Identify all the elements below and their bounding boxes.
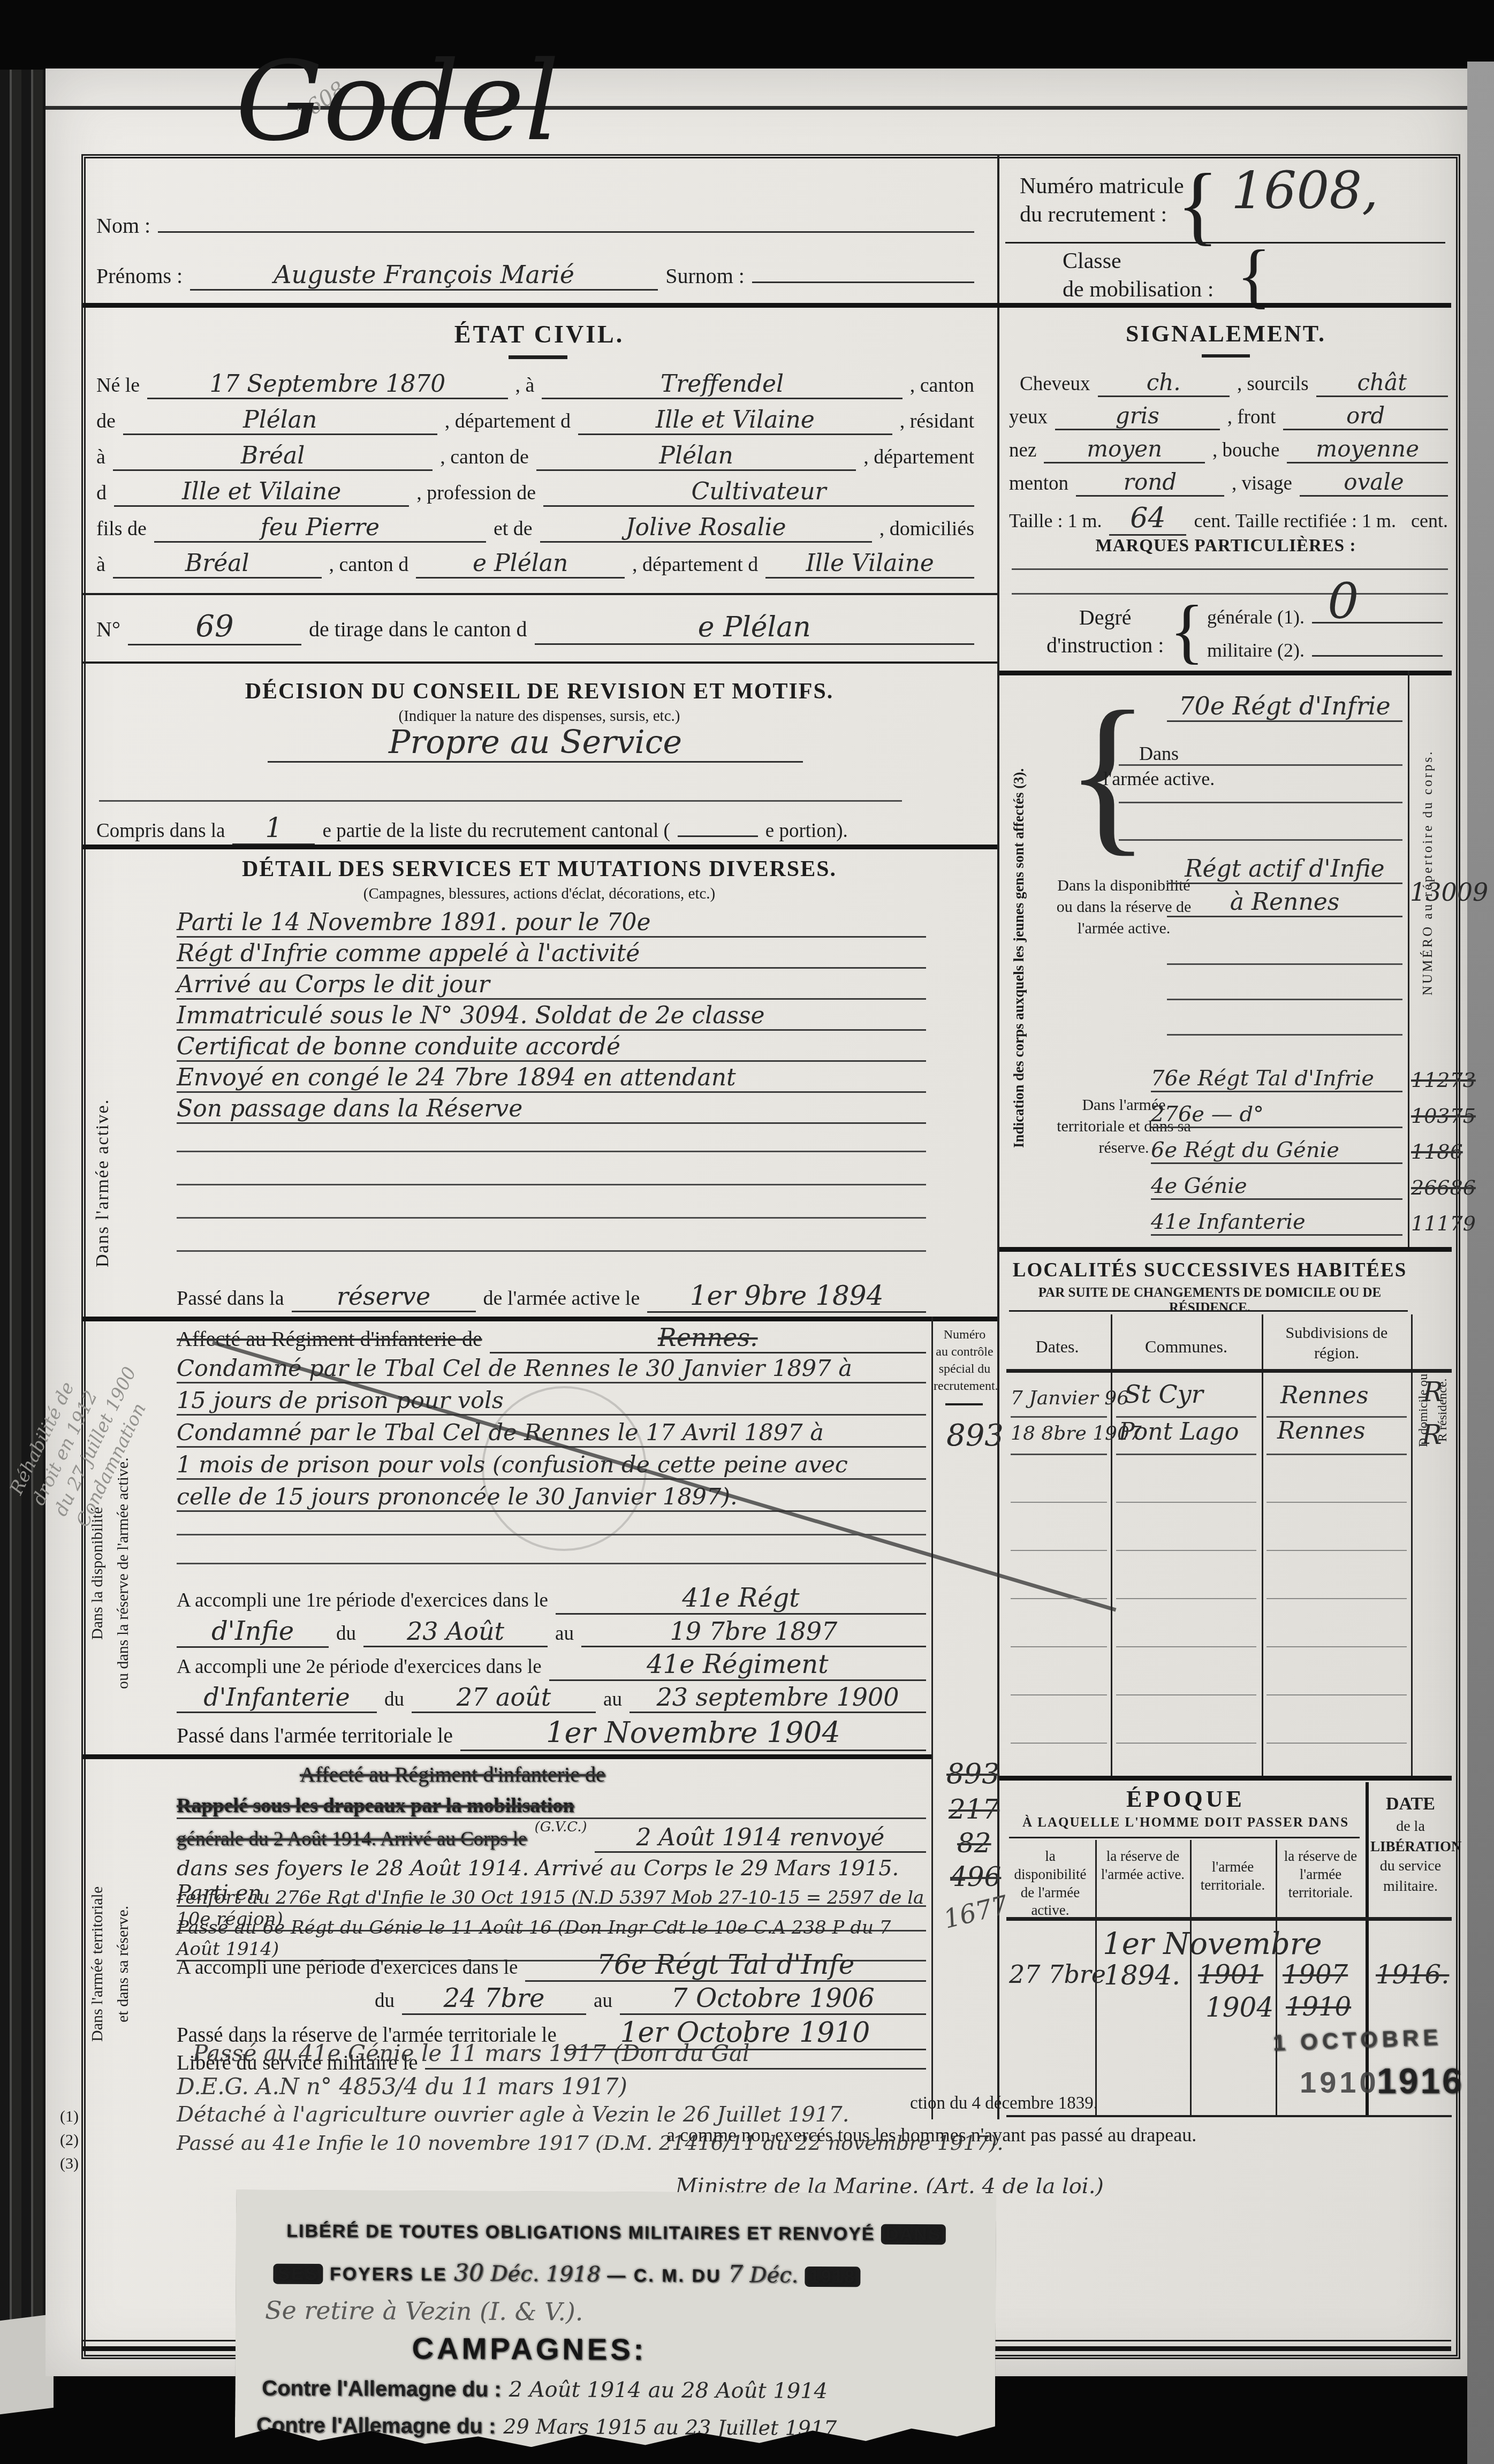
- libere-overwrite-1: Passé au 41e Génie le 11 mars 1917 (Don …: [193, 2040, 749, 2066]
- slip-campagne-2: Contre l'Allemagne du : 29 Mars 1915 au …: [256, 2413, 968, 2441]
- rappele-line2-hw: 2 Août 1914 renvoyé: [595, 1824, 926, 1853]
- compris-blank: [678, 832, 758, 837]
- tirage-no-label: N°: [96, 617, 120, 642]
- slip-retire-note: Se retire à Vezin (I. & V.).: [265, 2296, 583, 2326]
- corps-entry-2: 276e — d°: [1151, 1102, 1402, 1128]
- periode2-date-fin: 23 septembre 1900: [630, 1683, 926, 1713]
- corps-dispo-value-1: Régt actif d'Infie: [1167, 855, 1402, 884]
- periode2-date-debut: 27 août: [412, 1683, 596, 1713]
- services-empty-rule-4: [177, 1250, 926, 1252]
- sig-row-2: yeux gris , front ord: [1009, 402, 1448, 430]
- ec-father: feu Pierre: [154, 514, 486, 543]
- services-bottom-heavy: [83, 1317, 997, 1321]
- corps-entry-1: 76e Régt Tal d'Infrie: [1151, 1066, 1402, 1092]
- ec-line4: d Ille et Vilaine , profession de Cultiv…: [96, 478, 974, 507]
- side-label-armee-active: Dans l'armée active.: [91, 979, 115, 1386]
- slip-campagne-1: Contre l'Allemagne du : 2 Août 1914 au 2…: [262, 2376, 968, 2405]
- marques-empty-rule-2: [1012, 593, 1448, 595]
- taille-rectifiee-label: cent. Taille rectifiée : 1 m.: [1194, 509, 1396, 532]
- margin-number-82: 82: [957, 1828, 991, 1859]
- binding-pages-edge: [0, 70, 45, 2344]
- periode1-inf: d'Infie: [177, 1616, 329, 1648]
- epoque-v5-struck: 1916.: [1376, 1960, 1449, 1990]
- services-empty-rule-1: [177, 1151, 926, 1152]
- epoque-col2-header: la réserve de l'armée active.: [1098, 1847, 1187, 1884]
- ec-line6: à Bréal , canton d e Plélan , départemen…: [96, 550, 974, 579]
- degre-militaire-line: [1312, 652, 1443, 657]
- ec-l1-mid: , à: [515, 374, 535, 397]
- compris-row: Compris dans la 1 e partie de la liste d…: [96, 812, 974, 845]
- prenoms-value: Auguste François Marié: [190, 260, 658, 291]
- localites-empty-c4: [1267, 1646, 1407, 1647]
- affecte2-struck: Affecté au Régiment d'infanterie de: [300, 1762, 605, 1787]
- passe-territoriale-row: Passé dans l'armée territoriale le 1er N…: [177, 1716, 926, 1751]
- localites-r1-date: 7 Janvier 96: [1011, 1387, 1129, 1409]
- tirage-canton: e Plélan: [535, 611, 974, 645]
- menton-value: rond: [1076, 469, 1224, 497]
- corps-entry-2-num: 10375: [1411, 1104, 1476, 1128]
- ec-l5-label: fils de: [96, 517, 147, 541]
- sig-row-taille: Taille : 1 m. 64 cent. Taille rectifiée …: [1009, 502, 1448, 536]
- degre-label: Degréd'instruction :: [1046, 604, 1164, 659]
- cheveux-value: ch.: [1098, 369, 1230, 397]
- epoque-bottom-line: [1006, 2115, 1452, 2117]
- periode2-inf: d'Infanterie: [177, 1683, 377, 1713]
- visage-value: ovale: [1300, 469, 1448, 497]
- nom-row: Nom :: [96, 213, 974, 238]
- matricule-brace: {: [1177, 161, 1219, 249]
- compris-label: Compris dans la: [96, 819, 225, 842]
- periode-ter-date-fin: 7 Octobre 1906: [620, 1983, 926, 2015]
- passe-label: Passé dans la: [177, 1287, 284, 1310]
- etat-civil-rule: [509, 355, 567, 359]
- epoque-v3: 1904: [1205, 1992, 1273, 2023]
- localites-r1-rule-a: [1011, 1416, 1107, 1418]
- surname-script: Godel: [236, 47, 559, 157]
- localites-empty-c6: [1267, 1743, 1407, 1744]
- prenoms-row: Prénoms : Auguste François Marié Surnom …: [96, 260, 974, 291]
- rappele-line1: Rappelé sous les drapeaux par la mobilis…: [177, 1794, 926, 1819]
- periode2-label: A accompli une 2e période d'exercices da…: [177, 1655, 542, 1678]
- corps-side-label-left: Indication des corps auxquels les jeunes…: [1005, 680, 1032, 1236]
- localites-r1-commune: St Cyr: [1124, 1380, 1203, 1409]
- menton-label: menton: [1009, 472, 1068, 495]
- bouche-value: moyenne: [1287, 436, 1448, 463]
- localites-vline-2: [1262, 1314, 1263, 1776]
- periodes-bottom-heavy: [83, 1754, 931, 1759]
- sig-row-1: Cheveux ch. , sourcils chât: [1020, 369, 1448, 397]
- ec-birthplace: Treffendel: [542, 370, 902, 399]
- periode1-du: du: [336, 1622, 356, 1645]
- localites-r2-rule-a: [1011, 1454, 1107, 1455]
- front-label: , front: [1227, 406, 1276, 429]
- ec-l3-label: à: [96, 445, 105, 469]
- corps-entry-3: 6e Régt du Génie: [1151, 1138, 1402, 1164]
- services-subtitle: (Campagnes, blessures, actions d'éclat, …: [83, 885, 996, 903]
- surnom-field-line: [752, 278, 974, 283]
- localites-vline-3: [1411, 1314, 1413, 1776]
- periode2-regiment: 41e Régiment: [549, 1649, 926, 1681]
- ec-canton: Plélan: [123, 406, 437, 435]
- localites-vline-1: [1111, 1314, 1112, 1776]
- yeux-label: yeux: [1009, 406, 1048, 429]
- slip-dec-1918: Déc. 1918: [490, 2262, 601, 2287]
- ec-departement2: Ille et Vilaine: [114, 478, 409, 507]
- epoque-hw-novembre: 1er Novembre: [1103, 1927, 1322, 1961]
- nez-label: nez: [1009, 439, 1036, 462]
- epoque-v1: 27 7bre: [1009, 1960, 1106, 1989]
- classe-label: Classede mobilisation :: [1063, 247, 1214, 303]
- periode-territoriale-row2: du 24 7bre au 7 Octobre 1906: [375, 1983, 926, 2015]
- services-line-4: Immatriculé sous le N° 3094. Soldat de 2…: [177, 1002, 926, 1031]
- sourcils-label: , sourcils: [1237, 372, 1309, 396]
- ec-l2-end: , résidant: [900, 409, 974, 433]
- services-line-3: Arrivé au Corps le dit jour: [177, 971, 926, 1000]
- slip-blob-1918: 1918: [805, 2267, 861, 2287]
- epoque-vline-2: [1190, 1840, 1192, 2116]
- compris-mid: e partie de la liste du recrutement cant…: [322, 819, 670, 842]
- controle-header: Numéroau contrôle spécial durecrutement.: [934, 1326, 996, 1395]
- corps-active-rule-1: [1119, 764, 1402, 766]
- localites-decor-line: [1009, 1310, 1408, 1312]
- matricule-label: Numéro matriculedu recrutement :: [1020, 172, 1184, 229]
- slip-blob-dans: DANS: [881, 2224, 946, 2245]
- rappele-line2-printed: générale du 2 Août 1914. Arrivé au Corps…: [177, 1828, 527, 1851]
- corps-side-label-right: NUMÉRO au répertoire du corps.: [1417, 685, 1439, 1060]
- epoque-v4b-struck: 1910: [1286, 1992, 1351, 2022]
- ec-l3-mid: , canton de: [440, 445, 529, 469]
- degre-brace: {: [1170, 595, 1204, 667]
- decision-bottom-heavy: [83, 845, 997, 849]
- periode2-du: du: [384, 1688, 404, 1711]
- ec-l3-end: , département: [863, 445, 974, 469]
- periode1-date-fin: 19 7bre 1897: [581, 1617, 926, 1647]
- tirage-text: de tirage dans le canton d: [309, 617, 527, 642]
- cheveux-label: Cheveux: [1020, 372, 1090, 396]
- slip-date-7: 7: [728, 2261, 743, 2288]
- localites-empty-a1: [1011, 1502, 1107, 1503]
- slip-blob-ses: SES: [273, 2264, 323, 2284]
- localites-empty-b5: [1116, 1694, 1256, 1695]
- epoque-col4-header: la réserve de l'armée territoriale.: [1278, 1847, 1363, 1902]
- visage-label: , visage: [1232, 472, 1292, 495]
- localites-empty-b2: [1116, 1550, 1256, 1551]
- corps-dispo-value-2: à Rennes: [1167, 888, 1402, 917]
- slip-c1-value: 2 Août 1914 au 28 Août 1914: [509, 2377, 828, 2404]
- localites-empty-c2: [1267, 1550, 1407, 1551]
- matricule-underline: [1005, 242, 1445, 244]
- affecte-label-struck: Affecté au Régiment d'infanterie de: [177, 1326, 482, 1351]
- slip-date-30: 30: [454, 2259, 484, 2286]
- ec-line2: de Plélan , département d Ille et Vilain…: [96, 406, 974, 435]
- ec-l5-end: , domiciliés: [879, 517, 974, 541]
- corps-entry-1-num: 11273: [1411, 1068, 1476, 1092]
- footnote-marker-2: (2): [60, 2131, 79, 2149]
- ec-departement3: Ille Vilaine: [765, 550, 974, 579]
- slip-c2-label: Contre l'Allemagne du :: [256, 2413, 496, 2438]
- ec-l6-mid: , canton d: [329, 553, 409, 576]
- localites-empty-a5: [1011, 1694, 1107, 1695]
- sig-row-3: nez moyen , bouche moyenne: [1009, 436, 1448, 463]
- epoque-title: ÉPOQUE: [1006, 1785, 1365, 1813]
- localites-r2-subdivision: Rennes: [1277, 1417, 1365, 1444]
- ec-l2-mid: , département d: [445, 409, 571, 433]
- ec-l5-mid: et de: [494, 517, 533, 541]
- localites-empty-a2: [1011, 1550, 1107, 1551]
- services-title: DÉTAIL DES SERVICES ET MUTATIONS DIVERSE…: [83, 856, 996, 882]
- ec-l1-label: Né le: [96, 374, 140, 397]
- localites-empty-b3: [1116, 1598, 1256, 1599]
- bouche-label: , bouche: [1212, 439, 1279, 462]
- localites-empty-b6: [1116, 1743, 1256, 1744]
- nom-field-line: [158, 228, 974, 233]
- signalement-title: SIGNALEMENT.: [1001, 320, 1451, 347]
- rappele-line2: générale du 2 Août 1914. Arrivé au Corps…: [177, 1824, 926, 1853]
- epoque-decor-line: [1009, 1837, 1360, 1838]
- localites-empty-b1: [1116, 1502, 1256, 1503]
- services-line-7: Son passage dans la Réserve: [177, 1095, 926, 1124]
- degre-militaire-label: militaire (2).: [1207, 639, 1305, 661]
- ec-line3: à Bréal , canton de Plélan , département: [96, 442, 974, 471]
- services-line-1: Parti le 14 Novembre 1891. pour le 70e: [177, 909, 926, 938]
- epoque-vline-3: [1276, 1840, 1277, 2116]
- prenoms-label: Prénoms :: [96, 263, 183, 288]
- passe-reserve-word: réserve: [292, 1282, 476, 1312]
- ec-l4-label: d: [96, 481, 107, 505]
- slip-dec2: Déc.: [749, 2263, 798, 2287]
- localites-r2-dr: R: [1422, 1419, 1442, 1450]
- ec-domicile: Bréal: [113, 550, 322, 579]
- marques-empty-rule-1: [1012, 568, 1448, 570]
- localites-title: LOCALITÉS SUCCESSIVES HABITÉES: [1006, 1259, 1413, 1282]
- periode2-row1: A accompli une 2e période d'exercices da…: [177, 1649, 926, 1681]
- corps-active-value: 70e Régt d'Infrie: [1167, 691, 1402, 722]
- epoque-date-header: DATE de la LIBÉRATION du service militai…: [1370, 1792, 1451, 1897]
- localites-r1-dr: R: [1423, 1377, 1443, 1408]
- ec-departement: Ille et Vilaine: [578, 406, 892, 435]
- side-label-territoriale-2: et dans sa réserve.: [112, 1814, 134, 2114]
- corps-dispo-rule-2: [1167, 999, 1402, 1000]
- services-line-6: Envoyé en congé le 24 7bre 1894 en atten…: [177, 1064, 926, 1093]
- compris-end: e portion).: [765, 819, 848, 842]
- localites-empty-c5: [1267, 1694, 1407, 1695]
- front-value: ord: [1283, 402, 1448, 430]
- localites-r2-rule-c: [1267, 1454, 1407, 1455]
- services-line-2: Régt d'Infrie comme appelé à l'activité: [177, 940, 926, 969]
- ec-profession: Cultivateur: [543, 478, 974, 507]
- yeux-value: gris: [1055, 402, 1220, 430]
- localites-dr-label-1: D domicile ou: [1414, 1322, 1432, 1499]
- stamp-1910: 1910: [1300, 2065, 1379, 2100]
- taille-cent-label: cent.: [1411, 509, 1448, 532]
- corps-dispo-rule-1: [1167, 963, 1402, 965]
- corps-entry-4: 4e Génie: [1151, 1174, 1402, 1200]
- affecte-rennes-row: Affecté au Régiment d'infanterie de Renn…: [177, 1323, 926, 1353]
- localites-r2-commune: Pont Lago: [1119, 1418, 1239, 1446]
- corps-entry-4-num: 26686: [1411, 1176, 1476, 1199]
- decision-empty-rule: [99, 800, 902, 802]
- sig-row-4: menton rond , visage ovale: [1009, 469, 1448, 497]
- epoque-col3-header: l'armée territoriale.: [1193, 1858, 1273, 1895]
- periode1-date-debut: 23 Août: [363, 1617, 548, 1647]
- ec-l6-mid2: , département d: [632, 553, 758, 576]
- classe-brace: {: [1237, 240, 1271, 312]
- footnote-marker-1: (1): [60, 2108, 79, 2126]
- decision-title: DÉCISION DU CONSEIL DE REVISION ET MOTIF…: [83, 679, 996, 704]
- services-empty-rule-2: [177, 1184, 926, 1185]
- localites-r2-rule-b: [1116, 1454, 1256, 1455]
- corps-dispo-number: 13009: [1410, 878, 1488, 907]
- ec-l1-end: , canton: [910, 374, 974, 397]
- surnom-label: Surnom :: [665, 263, 745, 288]
- degre-row-2: militaire (2).: [1207, 639, 1443, 661]
- controle-subcolumn-line: [931, 1317, 933, 2119]
- nez-value: moyen: [1044, 436, 1205, 463]
- services-empty-rule-3: [177, 1217, 926, 1219]
- services-line-5: Certificat de bonne conduite accordé: [177, 1033, 926, 1062]
- scanned-register-page: 1608 Godel Nom : Prénoms : Auguste Franç…: [0, 0, 1494, 2464]
- periode-ter-du: du: [375, 1989, 395, 2012]
- degre-bottom-heavy: [999, 671, 1452, 675]
- ec-canton2: Plélan: [536, 442, 856, 471]
- periode1-label: A accompli une 1re période d'exercices d…: [177, 1589, 548, 1612]
- epoque-col1-header: la disponibilité de l'armée active.: [1007, 1847, 1093, 1920]
- degre-generale-label: générale (1).: [1207, 606, 1305, 628]
- corps-active-rule-2: [1119, 802, 1402, 803]
- localites-r1-subdivision: Rennes: [1280, 1382, 1368, 1409]
- periode2-au: au: [603, 1688, 622, 1711]
- epoque-header-rule: [1006, 1917, 1452, 1921]
- periode-ter-regiment: 76e Régt Tal d'Infe: [525, 1949, 926, 1982]
- corps-entry-3-num: 1186: [1411, 1140, 1463, 1163]
- periode1-row2: d'Infie du 23 Août au 19 7bre 1897: [177, 1616, 926, 1648]
- tirage-number: 69: [128, 609, 301, 645]
- header-divider: [83, 303, 1451, 308]
- dispo-empty-rule-2: [177, 1563, 926, 1564]
- corps-entry-5-num: 11179: [1411, 1212, 1476, 1235]
- ec-line1: Né le 17 Septembre 1870 , à Treffendel ,…: [96, 370, 974, 399]
- localites-col-communes: Communes.: [1113, 1337, 1259, 1357]
- ec-residence: Bréal: [113, 442, 433, 471]
- ec-birthdate: 17 Septembre 1870: [147, 370, 507, 399]
- stamp-1916: 1916: [1377, 2060, 1464, 2101]
- ec-canton3: e Plélan: [416, 550, 625, 579]
- localites-dr-label-2: R résidence.: [1434, 1322, 1452, 1499]
- slip-campagnes-stamp: CAMPAGNES:: [412, 2331, 647, 2367]
- tirage-bottom-line: [83, 661, 997, 664]
- ec-mother: Jolive Rosalie: [540, 514, 872, 543]
- localites-empty-b4: [1116, 1646, 1256, 1647]
- epoque-v2: 1894.: [1104, 1960, 1180, 1991]
- right-scan-edge: [1467, 62, 1494, 2464]
- degre-row-1: générale (1).: [1207, 606, 1443, 628]
- affecte2-margin-number: 893: [946, 1758, 999, 1790]
- corps-active-rule-3: [1119, 839, 1402, 841]
- epoque-v3-struck: 1901: [1198, 1960, 1263, 1990]
- periode1-row1: A accompli une 1re période d'exercices d…: [177, 1583, 926, 1615]
- localites-bottom-heavy: [999, 1776, 1452, 1781]
- slip-title-line1: LIBÉRÉ DE TOUTES OBLIGATIONS MILITAIRES …: [252, 2220, 980, 2245]
- periode2-row2: d'Infanterie du 27 août au 23 septembre …: [177, 1683, 926, 1713]
- etat-civil-title: ÉTAT CIVIL.: [83, 320, 996, 348]
- periode-ter-label: A accompli une période d'exercices dans …: [177, 1956, 518, 1979]
- footnote-fragment-1: ction du 4 décembre 1839.: [910, 2094, 1098, 2113]
- periode1-regiment: 41e Régt: [556, 1583, 926, 1615]
- nom-label: Nom :: [96, 213, 150, 238]
- localites-col-dates: Dates.: [1006, 1337, 1108, 1357]
- passe-territoriale-label: Passé dans l'armée territoriale le: [177, 1723, 453, 1748]
- controle-header-rule: [945, 1403, 983, 1405]
- compris-value: 1: [232, 812, 315, 845]
- epoque-subtitle: À LAQUELLE L'HOMME DOIT PASSER DANS: [1006, 1815, 1365, 1830]
- degre-generale-value: 0: [1328, 573, 1359, 630]
- localites-r1-rule-b: [1116, 1416, 1256, 1418]
- etat-civil-bottom-line: [83, 593, 997, 595]
- slip-c1-label: Contre l'Allemagne du :: [262, 2377, 502, 2402]
- localites-empty-c3: [1267, 1598, 1407, 1599]
- ec-l6-label: à: [96, 553, 105, 576]
- signalement-rule: [1202, 354, 1250, 358]
- taille-label: Taille : 1 m.: [1009, 509, 1102, 532]
- tirage-row: N° 69 de tirage dans le canton d e Pléla…: [96, 609, 974, 645]
- ec-l2-label: de: [96, 409, 116, 433]
- ec-line5: fils de feu Pierre et de Jolive Rosalie …: [96, 514, 974, 543]
- localites-empty-c1: [1267, 1502, 1407, 1503]
- margin-number-217: 217: [949, 1794, 999, 1825]
- footnote-fragment-2: a comme non exercés tous les hommes n'ay…: [666, 2124, 1196, 2146]
- epoque-v4-struck: 1907: [1283, 1960, 1348, 1990]
- liberation-slip: LIBÉRÉ DE TOUTES OBLIGATIONS MILITAIRES …: [235, 2189, 996, 2449]
- slip-c2-value: 29 Mars 1915 au 23 Juillet 1917: [503, 2415, 837, 2440]
- decision-value: Propre au Service: [268, 724, 803, 763]
- marques-title: MARQUES PARTICULIÈRES :: [1001, 536, 1451, 556]
- slip-title-line2: SES FOYERS LE 30 Déc. 1918 — C. M. DU 7 …: [273, 2258, 969, 2290]
- corps-bottom-heavy: [999, 1247, 1452, 1252]
- passe-territoriale-date: 1er Novembre 1904: [460, 1716, 926, 1751]
- ec-l4-mid: , profession de: [416, 481, 536, 505]
- periode-ter-au: au: [594, 1989, 612, 2012]
- localites-header-rule: [1006, 1369, 1452, 1373]
- sourcils-value: chât: [1316, 369, 1448, 397]
- corps-dispo-rule-3: [1167, 1034, 1402, 1036]
- localites-empty-a3: [1011, 1598, 1107, 1599]
- localites-empty-a6: [1011, 1743, 1107, 1744]
- corps-active-label: Dansl'armée active.: [1092, 741, 1226, 792]
- dispo-empty-rule-1: [177, 1534, 926, 1535]
- margin-number-496: 496: [950, 1861, 1001, 1892]
- passe-reserve-row: Passé dans la réserve de l'armée active …: [177, 1280, 926, 1313]
- periode-territoriale-row1: A accompli une période d'exercices dans …: [177, 1949, 926, 1982]
- controle-number-893: 893: [946, 1418, 1004, 1453]
- condamnation-line-1: Condamné par le Tbal Cel de Rennes le 30…: [177, 1355, 926, 1383]
- footnote-marker-3: (3): [60, 2155, 79, 2173]
- taille-value: 64: [1109, 502, 1186, 536]
- corps-repertoire-divider: [1408, 671, 1409, 1247]
- affecte-value-struck: Rennes.: [490, 1323, 926, 1353]
- localites-col-subdivisions: Subdivisions de région.: [1264, 1323, 1409, 1363]
- decision-subtitle: (Indiquer la nature des dispenses, sursi…: [83, 708, 996, 725]
- periode1-au: au: [555, 1622, 574, 1645]
- rappele-gvc-note: (G.V.C.): [535, 1819, 587, 1835]
- side-label-territoriale-1: Dans l'armée territoriale: [87, 1814, 108, 2114]
- libere-overwrite-2: D.E.G. A.N n° 4853/4 du 11 mars 1917): [177, 2073, 627, 2100]
- passe-date: 1er 9bre 1894: [647, 1280, 926, 1313]
- matricule-value: 1608,: [1231, 161, 1378, 220]
- passe-mid: de l'armée active le: [483, 1287, 640, 1310]
- periode-ter-date-debut: 24 7bre: [402, 1983, 586, 2015]
- corps-entry-5: 41e Infanterie: [1151, 1210, 1402, 1236]
- localites-empty-a4: [1011, 1646, 1107, 1647]
